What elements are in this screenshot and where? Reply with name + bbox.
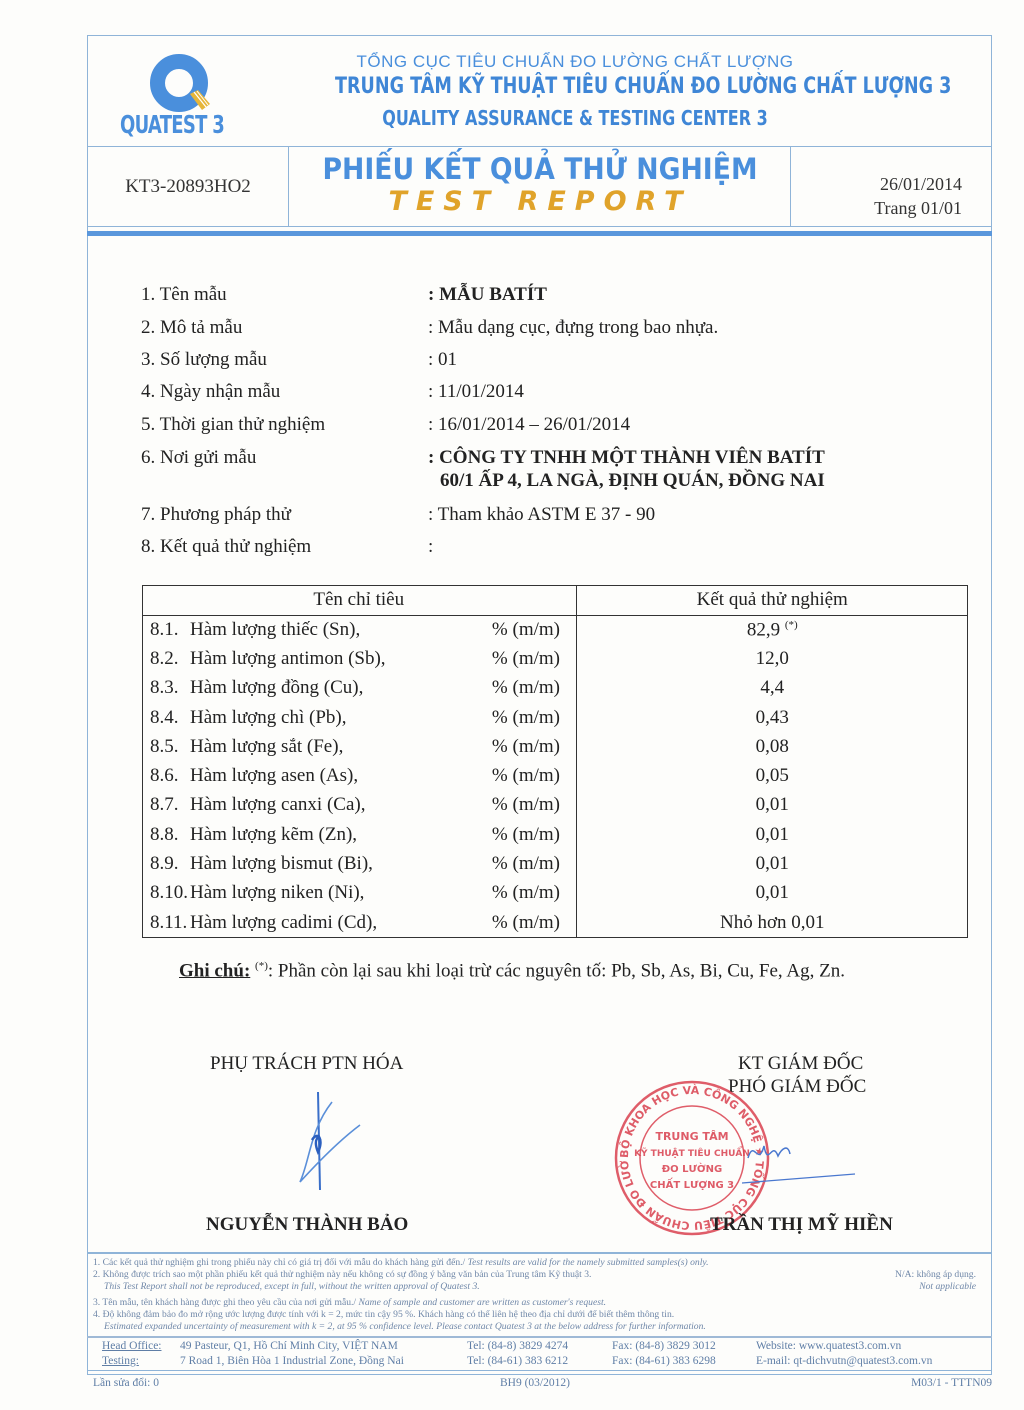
result-value: 0,08: [756, 736, 789, 757]
note-en: Estimated expanded uncertainty of measur…: [104, 1321, 706, 1332]
table-row: 8.4.Hàm lượng chì (Pb),% (m/m)0,43: [142, 703, 968, 732]
parameter-cell: 8.10.Hàm lượng niken (Ni),% (m/m): [142, 879, 576, 908]
table-header-row: Tên chỉ tiêu Kết quả thử nghiệm: [142, 585, 968, 615]
right-signature-icon: [740, 1128, 860, 1188]
table-row: 8.5.Hàm lượng sắt (Fe),% (m/m)0,08: [142, 732, 968, 761]
parameter-cell: 8.11.Hàm lượng cadimi (Cd),% (m/m): [142, 908, 576, 937]
column-header-result: Kết quả thử nghiệm: [576, 585, 968, 615]
svg-text:KỸ THUẬT TIÊU CHUẨN: KỸ THUẬT TIÊU CHUẨN: [634, 1146, 750, 1159]
svg-text:TRUNG TÂM: TRUNG TÂM: [655, 1130, 728, 1143]
parameter-cell: 8.7.Hàm lượng canxi (Ca),% (m/m): [142, 791, 576, 820]
unit: % (m/m): [480, 619, 560, 641]
parameter-cell: 8.3.Hàm lượng đồng (Cu),% (m/m): [142, 674, 576, 703]
info-label: 4. Ngày nhận mẫu: [141, 381, 280, 403]
result-cell: 0,01: [576, 791, 968, 820]
parameter-cell: 8.2.Hàm lượng antimon (Sb),% (m/m): [142, 644, 576, 673]
parameter-name: Hàm lượng asen (As),: [190, 765, 480, 787]
footer-note-2: 2. Không được trích sao một phần phiếu k…: [93, 1269, 591, 1280]
unit: % (m/m): [480, 912, 560, 934]
parameter-name: Hàm lượng chì (Pb),: [190, 707, 480, 729]
website-link[interactable]: Website: www.quatest3.com.vn: [756, 1340, 901, 1352]
result-cell: Nhỏ hơn 0,01: [576, 908, 968, 937]
note-vn: 1. Các kết quả thử nghiệm ghi trong phiế…: [93, 1257, 468, 1268]
result-mark: (*): [785, 619, 798, 631]
testing-fax: Fax: (84-61) 383 6298: [612, 1355, 716, 1367]
parameter-name: Hàm lượng thiếc (Sn),: [190, 619, 480, 641]
parameter-name: Hàm lượng cadimi (Cd),: [190, 912, 480, 934]
table-row: 8.10.Hàm lượng niken (Ni),% (m/m)0,01: [142, 879, 968, 908]
result-value: Nhỏ hơn 0,01: [720, 912, 825, 933]
result-cell: 12,0: [576, 644, 968, 673]
parameter-cell: 8.6.Hàm lượng asen (As),% (m/m): [142, 761, 576, 790]
row-number: 8.4.: [142, 707, 190, 729]
note-en: Test results are valid for the namely su…: [468, 1257, 709, 1268]
note-en: This Test Report shall not be reproduced…: [104, 1281, 480, 1292]
form-code: BH9 (03/2012): [500, 1377, 570, 1389]
footnote: Ghi chú: (*): Phần còn lại sau khi loại …: [179, 960, 845, 982]
svg-text:CHẤT LƯỢNG 3: CHẤT LƯỢNG 3: [650, 1176, 734, 1191]
divider: [87, 1336, 992, 1338]
label: Testing:: [102, 1355, 139, 1367]
table-row: 8.6.Hàm lượng asen (As),% (m/m)0,05: [142, 761, 968, 790]
parameter-name: Hàm lượng sắt (Fe),: [190, 736, 480, 758]
parameter-name: Hàm lượng canxi (Ca),: [190, 794, 480, 816]
parameter-cell: 8.4.Hàm lượng chì (Pb),% (m/m): [142, 703, 576, 732]
table-row: 8.11.Hàm lượng cadimi (Cd),% (m/m)Nhỏ hơ…: [142, 908, 968, 937]
results-table: Tên chỉ tiêu Kết quả thử nghiệm 8.1.Hàm …: [142, 585, 968, 937]
parameter-name: Hàm lượng đồng (Cu),: [190, 677, 480, 699]
footnote-label: Ghi chú:: [179, 960, 250, 981]
info-label: 3. Số lượng mẫu: [141, 349, 267, 371]
parameter-name: Hàm lượng niken (Ni),: [190, 882, 480, 904]
result-value: 0,01: [756, 853, 789, 874]
note-en: Name of sample and customer are written …: [358, 1297, 606, 1308]
test-result-colon: :: [428, 536, 433, 558]
note-vn: 3. Tên mẫu, tên khách hàng được ghi theo…: [93, 1297, 358, 1308]
result-cell: 0,05: [576, 761, 968, 790]
note-vn: 2. Không được trích sao một phần phiếu k…: [93, 1269, 591, 1280]
revision-number: Lần sửa đổi: 0: [93, 1377, 159, 1389]
na-legend-en: Not applicable: [919, 1281, 976, 1292]
org-parent: TỔNG CỤC TIÊU CHUẨN ĐO LƯỜNG CHẤT LƯỢNG: [275, 52, 875, 72]
result-cell: 0,01: [576, 849, 968, 878]
testing-address: 7 Road 1, Biên Hòa 1 Industrial Zone, Đồ…: [180, 1355, 404, 1367]
unit: % (m/m): [480, 765, 560, 787]
footer-note-4: 4. Độ không đảm bảo đo mở rộng ước lượng…: [93, 1309, 674, 1320]
unit: % (m/m): [480, 707, 560, 729]
quatest-logo: QUATEST 3: [112, 48, 252, 143]
left-signer-name: NGUYỄN THÀNH BẢO: [206, 1214, 408, 1236]
unit: % (m/m): [480, 882, 560, 904]
head-office-tel: Tel: (84-8) 3829 4274: [467, 1340, 568, 1352]
right-signer-title: KT GIÁM ĐỐC: [738, 1053, 863, 1075]
info-label: 5. Thời gian thử nghiệm: [141, 414, 325, 436]
table-row: 8.8.Hàm lượng kẽm (Zn),% (m/m)0,01: [142, 820, 968, 849]
sample-name: : MẪU BATÍT: [428, 284, 547, 306]
report-date: 26/01/2014: [792, 174, 992, 195]
info-label: 2. Mô tả mẫu: [141, 317, 242, 339]
divider: [87, 1252, 992, 1254]
info-label: 8. Kết quả thử nghiệm: [141, 536, 311, 558]
unit: % (m/m): [480, 794, 560, 816]
divider: [790, 147, 791, 227]
divider: [87, 1370, 992, 1371]
table-row: 8.3.Hàm lượng đồng (Cu),% (m/m)4,4: [142, 674, 968, 703]
table-row: 8.1.Hàm lượng thiếc (Sn),% (m/m)82,9 (*): [142, 615, 968, 644]
report-code: KT3-20893HO2: [88, 176, 288, 198]
result-cell: 0,01: [576, 820, 968, 849]
unit: % (m/m): [480, 677, 560, 699]
footnote-mark: (*): [255, 960, 268, 972]
table-row: 8.2.Hàm lượng antimon (Sb),% (m/m)12,0: [142, 644, 968, 673]
row-number: 8.8.: [142, 824, 190, 846]
testing-label: Testing:: [102, 1355, 139, 1367]
unit: % (m/m): [480, 853, 560, 875]
parameter-cell: 8.5.Hàm lượng sắt (Fe),% (m/m): [142, 732, 576, 761]
unit: % (m/m): [480, 824, 560, 846]
head-office-fax: Fax: (84-8) 3829 3012: [612, 1340, 716, 1352]
unit: % (m/m): [480, 736, 560, 758]
row-number: 8.5.: [142, 736, 190, 758]
table-row: 8.9.Hàm lượng bismut (Bi),% (m/m)0,01: [142, 849, 968, 878]
info-label: 7. Phương pháp thử: [141, 504, 291, 526]
result-value: 0,43: [756, 707, 789, 728]
page-title: PHIẾU KẾT QUẢ THỬ NGHIỆM: [310, 152, 770, 186]
result-cell: 0,43: [576, 703, 968, 732]
testing-tel: Tel: (84-61) 383 6212: [467, 1355, 568, 1367]
page-number: Trang 01/01: [792, 198, 992, 219]
result-cell: 82,9 (*): [576, 615, 968, 644]
result-value: 4,4: [760, 677, 784, 698]
footnote-text: : Phần còn lại sau khi loại trừ các nguy…: [268, 960, 845, 981]
footer-note-3: 3. Tên mẫu, tên khách hàng được ghi theo…: [93, 1297, 606, 1308]
parameter-name: Hàm lượng kẽm (Zn),: [190, 824, 480, 846]
row-number: 8.7.: [142, 794, 190, 816]
left-signature-icon: [290, 1090, 380, 1200]
svg-text:ĐO LƯỜNG: ĐO LƯỜNG: [662, 1162, 722, 1175]
result-cell: 0,01: [576, 879, 968, 908]
row-number: 8.2.: [142, 648, 190, 670]
parameter-cell: 8.8.Hàm lượng kẽm (Zn),% (m/m): [142, 820, 576, 849]
divider: [288, 147, 289, 227]
sample-quantity: : 01: [428, 349, 457, 371]
info-label: 1. Tên mẫu: [141, 284, 227, 306]
result-value: 0,01: [756, 824, 789, 845]
footer-note-4-en: Estimated expanded uncertainty of measur…: [104, 1321, 706, 1332]
result-value: 82,9: [747, 619, 780, 640]
footer-note-1: 1. Các kết quả thử nghiệm ghi trong phiế…: [93, 1257, 709, 1268]
received-date: : 11/01/2014: [428, 381, 524, 403]
org-name-vn: TRUNG TÂM KỸ THUẬT TIÊU CHUẨN ĐO LƯỜNG C…: [335, 74, 815, 99]
head-office-label: Head Office:: [102, 1340, 162, 1352]
parameter-cell: 8.1.Hàm lượng thiếc (Sn),% (m/m): [142, 615, 576, 644]
row-number: 8.6.: [142, 765, 190, 787]
sample-description: : Mẫu dạng cục, đựng trong bao nhựa.: [428, 317, 718, 339]
label: Head Office:: [102, 1340, 162, 1352]
document-code: M03/1 - TTTN09: [911, 1377, 992, 1389]
note-vn: 4. Độ không đảm bảo đo mở rộng ước lượng…: [93, 1309, 674, 1320]
column-header-name: Tên chỉ tiêu: [142, 585, 576, 615]
logo-text: QUATEST 3: [120, 110, 224, 139]
row-number: 8.3.: [142, 677, 190, 699]
page-subtitle: TEST REPORT: [290, 186, 790, 217]
result-value: 12,0: [756, 648, 789, 669]
head-office-address: 49 Pasteur, Q1, Hồ Chí Minh City, VIỆT N…: [180, 1340, 398, 1352]
result-value: 0,01: [756, 882, 789, 903]
na-legend-vn: N/A: không áp dụng.: [895, 1269, 976, 1280]
row-number: 8.9.: [142, 853, 190, 875]
left-signer-title: PHỤ TRÁCH PTN HÓA: [210, 1053, 403, 1075]
header-divider-bar: [87, 231, 992, 236]
unit: % (m/m): [480, 648, 560, 670]
row-number: 8.10.: [142, 882, 190, 904]
parameter-name: Hàm lượng antimon (Sb),: [190, 648, 480, 670]
result-value: 0,01: [756, 794, 789, 815]
logo-rays-icon: [188, 88, 210, 110]
table-row: 8.7.Hàm lượng canxi (Ca),% (m/m)0,01: [142, 791, 968, 820]
footer-note-2-en: This Test Report shall not be reproduced…: [104, 1281, 480, 1292]
test-method: : Tham khảo ASTM E 37 - 90: [428, 504, 655, 526]
org-name-en: QUALITY ASSURANCE & TESTING CENTER 3: [335, 106, 815, 130]
row-number: 8.11.: [142, 912, 190, 934]
sender-company: : CÔNG TY TNHH MỘT THÀNH VIÊN BATÍT: [428, 447, 825, 469]
row-number: 8.1.: [142, 619, 190, 641]
test-period: : 16/01/2014 – 26/01/2014: [428, 414, 630, 436]
result-value: 0,05: [756, 765, 789, 786]
parameter-cell: 8.9.Hàm lượng bismut (Bi),% (m/m): [142, 849, 576, 878]
right-signer-name: TRẦN THỊ MỸ HIỀN: [710, 1214, 893, 1236]
result-cell: 0,08: [576, 732, 968, 761]
email-link[interactable]: E-mail: qt-dichvutn@quatest3.com.vn: [756, 1355, 932, 1367]
result-cell: 4,4: [576, 674, 968, 703]
info-label: 6. Nơi gửi mẫu: [141, 447, 256, 469]
parameter-name: Hàm lượng bismut (Bi),: [190, 853, 480, 875]
sender-address: 60/1 ẤP 4, LA NGÀ, ĐỊNH QUÁN, ĐỒNG NAI: [440, 470, 825, 492]
